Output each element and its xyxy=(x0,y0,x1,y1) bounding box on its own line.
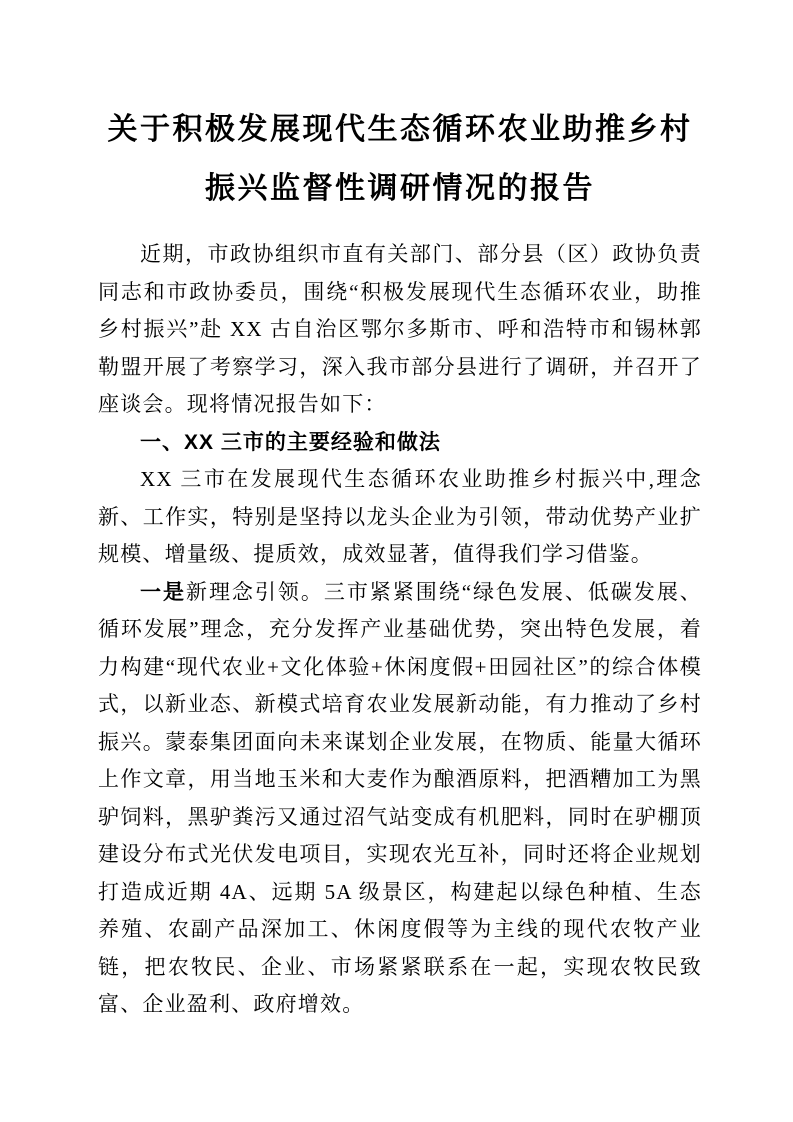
point-1-text: 新理念引领。三市紧紧围绕“绿色发展、低碳发展、循环发展”理念，充分发挥产业基础优… xyxy=(98,580,702,1017)
section-1-heading: 一、XX 三市的主要经验和做法 xyxy=(98,424,702,462)
point-1-lead: 一是 xyxy=(140,580,186,604)
report-title-line-2: 振兴监督性调研情况的报告 xyxy=(98,159,702,218)
intro-paragraph: 近期，市政协组织市直有关部门、部分县（区）政协负责同志和市政协委员，围绕“积极发… xyxy=(98,236,702,424)
report-title-line-1: 关于积极发展现代生态循环农业助推乡村 xyxy=(98,100,702,159)
section-1-summary-paragraph: XX 三市在发展现代生态循环农业助推乡村振兴中,理念新、工作实，特别是坚持以龙头… xyxy=(98,461,702,574)
document-content: 关于积极发展现代生态循环农业助推乡村 振兴监督性调研情况的报告 近期，市政协组织… xyxy=(0,0,793,1122)
report-title: 关于积极发展现代生态循环农业助推乡村 振兴监督性调研情况的报告 xyxy=(98,100,702,218)
document-page: 关于积极发展现代生态循环农业助推乡村 振兴监督性调研情况的报告 近期，市政协组织… xyxy=(0,0,793,1122)
section-1-point-1-paragraph: 一是新理念引领。三市紧紧围绕“绿色发展、低碳发展、循环发展”理念，充分发挥产业基… xyxy=(98,574,702,1024)
